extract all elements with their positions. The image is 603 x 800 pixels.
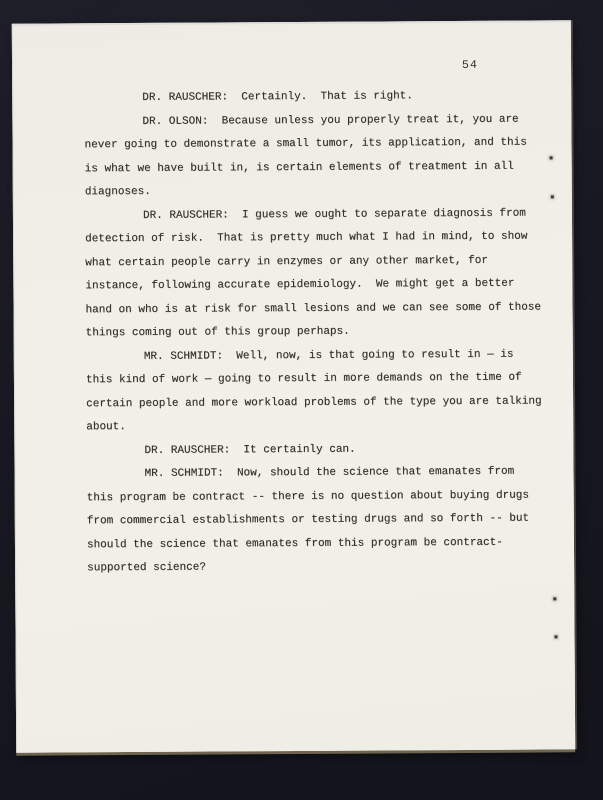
text-line: DR. RAUSCHER: It certainly can. — [86, 437, 568, 463]
photo-background: 54 DR. RAUSCHER: Certainly. That is righ… — [0, 0, 603, 800]
transcript-text: DR. RAUSCHER: Certainly. That is right. … — [84, 84, 569, 580]
text-line: diagnoses. — [85, 178, 567, 204]
text-line: hand on who is at risk for small lesions… — [85, 296, 567, 322]
paper-speck — [551, 195, 554, 198]
text-line: things coming out of this group perhaps. — [86, 319, 568, 345]
text-line: should the science that emanates from th… — [87, 531, 569, 557]
text-line: instance, following accurate epidemiolog… — [85, 272, 567, 298]
document-page: 54 DR. RAUSCHER: Certainly. That is righ… — [12, 20, 575, 752]
text-line: supported science? — [87, 554, 569, 580]
paper-speck — [550, 156, 553, 159]
text-line: from commercial establishments or testin… — [87, 507, 569, 533]
page-number: 54 — [462, 59, 478, 72]
paper-speck — [553, 597, 556, 600]
text-line: DR. RAUSCHER: I guess we ought to separa… — [85, 202, 567, 228]
paper-speck — [555, 635, 558, 638]
text-line: DR. RAUSCHER: Certainly. That is right. — [84, 84, 566, 110]
text-line: DR. OLSON: Because unless you properly t… — [84, 108, 566, 134]
text-line: MR. SCHMIDT: Well, now, is that going to… — [86, 343, 568, 369]
text-line: is what we have built in, is certain ele… — [85, 155, 567, 181]
text-line: this kind of work — going to result in m… — [86, 366, 568, 392]
text-line: certain people and more workload problem… — [86, 390, 568, 416]
text-line: MR. SCHMIDT: Now, should the science tha… — [86, 460, 568, 486]
text-line: never going to demonstrate a small tumor… — [84, 131, 566, 157]
text-line: this program be contract -- there is no … — [87, 484, 569, 510]
text-line: about. — [86, 413, 568, 439]
text-line: what certain people carry in enzymes or … — [85, 249, 567, 275]
text-line: detection of risk. That is pretty much w… — [85, 225, 567, 251]
